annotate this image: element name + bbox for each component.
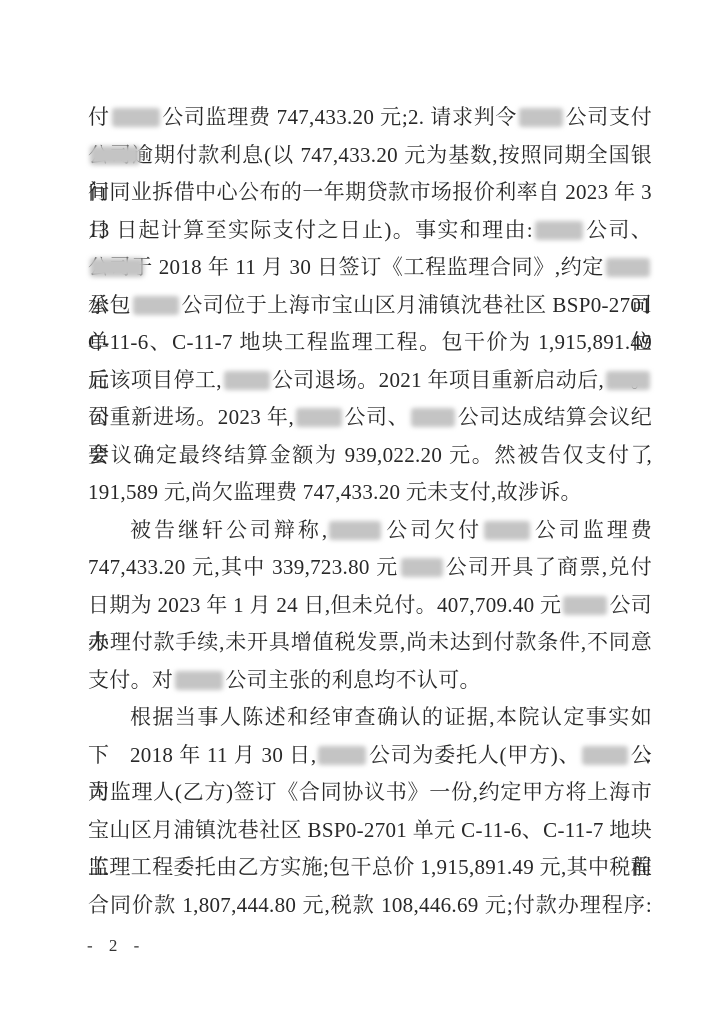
text-line: C-11-6、C-11-7 地块工程监理工程。包干价为 1,915,891.49…: [88, 324, 652, 362]
text-segment: 司重新进场。2023 年,: [88, 405, 294, 429]
text-line: 后该项目停工,公司退场。2021 年项目重新启动后,公: [88, 362, 652, 400]
text-line: 司重新进场。2023 年,公司、公司达成结算会议纪要,: [88, 399, 652, 437]
text-line: 付公司监理费 747,433.20 元;2. 请求判令公司支付: [88, 99, 652, 137]
text-segment: 支付。对: [88, 668, 173, 692]
text-segment: 被告继轩公司辩称,: [130, 518, 327, 542]
redaction-blur: [563, 596, 607, 615]
text-segment: 191,589 元,尚欠监理费 747,433.20 元未支付,故涉诉。: [88, 480, 582, 504]
redaction-blur: [90, 258, 144, 277]
text-segment: 13 日起计算至实际支付之日止)。事实和理由:: [88, 218, 533, 242]
redaction-blur: [606, 371, 650, 390]
text-line: 公司逾期付款利息(以 747,433.20 元为基数,按照同期全国银行: [88, 137, 652, 175]
redaction-blur: [606, 258, 650, 277]
redaction-blur: [329, 521, 381, 540]
text-segment: 会议确定最终结算金额为 939,022.20 元。然被告仅支付了: [88, 443, 652, 467]
redaction-blur: [318, 746, 366, 765]
text-segment: 2018 年 11 月 30 日,: [130, 743, 316, 767]
text-segment: 合同价款 1,807,444.80 元,税款 108,446.69 元;付款办理…: [88, 893, 652, 917]
text-line: 根据当事人陈述和经审查确认的证据,本院认定事实如下:: [88, 699, 652, 737]
redaction-blur: [401, 558, 443, 577]
redaction-blur: [296, 408, 342, 427]
text-line: 承包公司位于上海市宝山区月浦镇沈巷社区 BSP0-2701 单位: [88, 287, 652, 325]
redaction-blur: [133, 296, 179, 315]
text-segment: 公司开具了商票,兑付: [445, 555, 652, 579]
text-segment: 承包: [88, 293, 131, 317]
text-segment: 为监理人(乙方)签订《合同协议书》一份,约定甲方将上海市: [88, 780, 652, 804]
text-segment: 公司为委托人(甲方)、: [368, 743, 580, 767]
redaction-blur: [535, 221, 583, 240]
text-segment: 公司退场。2021 年项目重新启动后,: [272, 368, 604, 392]
redaction-blur: [519, 108, 563, 127]
text-line: 支付。对公司主张的利息均不认可。: [88, 662, 652, 700]
redaction-blur: [582, 746, 628, 765]
redaction-blur: [112, 108, 160, 127]
text-block: 付公司监理费 747,433.20 元;2. 请求判令公司支付公司逾期付款利息(…: [88, 99, 652, 924]
text-segment: 日期为 2023 年 1 月 24 日,但未兑付。407,709.40 元: [88, 593, 561, 617]
text-segment: 监理工程委托由乙方实施;包干总价 1,915,891.49 元,其中税前: [88, 855, 652, 879]
page-number: - 2 -: [87, 936, 145, 956]
text-segment: 公司主张的利息均不认可。: [225, 668, 481, 692]
text-line: 办理付款手续,未开具增值税发票,尚未达到付款条件,不同意: [88, 624, 652, 662]
text-line: 191,589 元,尚欠监理费 747,433.20 元未支付,故涉诉。: [88, 474, 652, 512]
text-line: 合同价款 1,807,444.80 元,税款 108,446.69 元;付款办理…: [88, 887, 652, 925]
text-line: 公司于 2018 年 11 月 30 日签订《工程监理合同》,约定公司: [88, 249, 652, 287]
text-segment: 公司、: [344, 405, 409, 429]
text-segment: 后该项目停工,: [88, 368, 222, 392]
text-line: 间同业拆借中心公布的一年期贷款市场报价利率自 2023 年 3 月: [88, 174, 652, 212]
text-line: 13 日起计算至实际支付之日止)。事实和理由:公司、: [88, 212, 652, 250]
text-segment: 公司监理费: [532, 518, 652, 542]
redaction-blur: [224, 371, 270, 390]
redaction-blur: [175, 671, 223, 690]
text-line: 宝山区月浦镇沈巷社区 BSP0-2701 单元 C-11-6、C-11-7 地块…: [88, 812, 652, 850]
text-line: 日期为 2023 年 1 月 24 日,但未兑付。407,709.40 元公司未: [88, 587, 652, 625]
text-segment: 付: [88, 105, 110, 129]
redaction-blur: [484, 521, 530, 540]
text-segment: 公司、: [585, 218, 652, 242]
text-line: 747,433.20 元,其中 339,723.80 元公司开具了商票,兑付: [88, 549, 652, 587]
text-segment: 公司于 2018 年 11 月 30 日签订《工程监理合同》,约定: [88, 255, 604, 279]
text-line: 为监理人(乙方)签订《合同协议书》一份,约定甲方将上海市: [88, 774, 652, 812]
text-line: 会议确定最终结算金额为 939,022.20 元。然被告仅支付了: [88, 437, 652, 475]
text-segment: 办理付款手续,未开具增值税发票,尚未达到付款条件,不同意: [88, 630, 652, 654]
text-line: 监理工程委托由乙方实施;包干总价 1,915,891.49 元,其中税前: [88, 849, 652, 887]
text-segment: 公司监理费 747,433.20 元;2. 请求判令: [162, 105, 517, 129]
document-page: 付公司监理费 747,433.20 元;2. 请求判令公司支付公司逾期付款利息(…: [0, 0, 724, 1024]
text-segment: 747,433.20 元,其中 339,723.80 元: [88, 555, 399, 579]
redaction-blur: [90, 146, 140, 165]
text-segment: 公司欠付: [383, 518, 482, 542]
text-line: 2018 年 11 月 30 日,公司为委托人(甲方)、公司: [88, 737, 652, 775]
text-line: 被告继轩公司辩称,公司欠付公司监理费: [88, 512, 652, 550]
text-segment: 公司支付: [565, 105, 652, 129]
redaction-blur: [411, 408, 455, 427]
